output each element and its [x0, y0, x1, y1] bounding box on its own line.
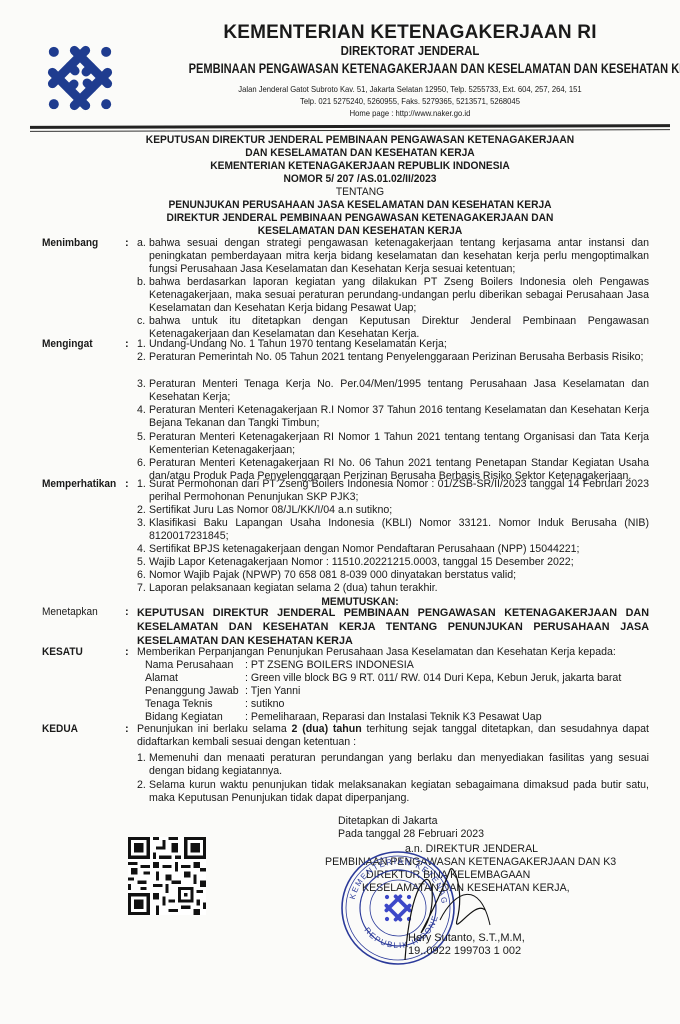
header-rule-thick: [30, 124, 670, 129]
memperhatikan-item: 1. Surat Permohonan dari PT Zseng Boiler…: [137, 478, 649, 506]
address-line-1: Jalan Jenderal Gatot Subroto Kav. 51, Ja…: [167, 84, 653, 94]
homepage-link[interactable]: Home page : http://www.naker.go.id: [167, 108, 653, 118]
item-text: bahwa sesuai dengan strategi pengawasan …: [149, 237, 649, 276]
item-number: 5.: [137, 431, 146, 444]
item-text: Sertifikat Juru Las Nomor 08/JL/KK/I/04 …: [149, 504, 649, 517]
menetapkan-colon: :: [125, 606, 129, 618]
item-number: 2.: [137, 351, 146, 364]
kedua-duration: 2 (dua) tahun: [292, 723, 362, 735]
item-text: Undang-Undang No. 1 Tahun 1970 tentang K…: [149, 338, 649, 351]
kedua-colon: :: [125, 723, 129, 735]
field-value-company: : PT ZSENG BOILERS INDONESIA: [245, 659, 414, 671]
memperhatikan-colon: :: [125, 478, 129, 490]
mengingat-colon: :: [125, 338, 129, 350]
item-text: Peraturan Menteri Ketenagakerjaan RI Nom…: [149, 431, 649, 457]
ministry-name: KEMENTERIAN KETENAGAKERJAAN RI: [140, 22, 680, 44]
kesatu-label: KESATU: [42, 646, 83, 658]
item-text: Peraturan Menteri Ketenagakerjaan R.I No…: [149, 404, 649, 430]
memperhatikan-item: 3. Klasifikasi Baku Lapangan Usaha Indon…: [137, 517, 649, 545]
kesatu-colon: :: [125, 646, 129, 658]
item-number: a.: [137, 237, 146, 250]
memperhatikan-label: Memperhatikan: [42, 478, 116, 490]
kesatu-intro: Memberikan Perpanjangan Penunjukan Perus…: [137, 646, 657, 659]
item-number: 5.: [137, 556, 146, 569]
directorate-name: DIREKTORAT JENDERAL: [172, 43, 647, 58]
item-number: 1.: [137, 752, 146, 765]
decree-tentang: TENTANG: [81, 186, 639, 198]
memperhatikan-item: 2. Sertifikat Juru Las Nomor 08/JL/KK/I/…: [137, 504, 649, 518]
decree-subject-3: KESELAMATAN DAN KESEHATAN KERJA: [81, 225, 639, 237]
item-text: Surat Permohonan dari PT Zseng Boilers I…: [149, 478, 649, 504]
decree-title-3: KEMENTERIAN KETENAGAKERJAAN REPUBLIK IND…: [81, 160, 639, 172]
item-text: Klasifikasi Baku Lapangan Usaha Indonesi…: [149, 517, 649, 543]
menimbang-label: Menimbang: [42, 237, 98, 249]
decree-number: NOMOR 5/ 207 /AS.01.02/II/2023: [81, 173, 639, 185]
item-number: b.: [137, 276, 146, 289]
address-line-2: Telp. 021 5275240, 5260955, Faks. 527936…: [167, 96, 653, 106]
item-number: 2.: [137, 779, 146, 792]
kedua-intro: Penunjukan ini berlaku selama 2 (dua) ta…: [137, 723, 649, 749]
item-text: Peraturan Menteri Tenaga Kerja No. Per.0…: [149, 378, 649, 404]
field-value-address: : Green ville block BG 9 RT. 011/ RW. 01…: [245, 672, 621, 684]
item-text: Memenuhi dan menaati peraturan perundang…: [149, 752, 649, 778]
header-rule-thin: [30, 129, 670, 132]
menetapkan-text: KEPUTUSAN DIREKTUR JENDERAL PEMBINAAN PE…: [137, 606, 649, 648]
signatory-name: Hery Sutanto, S.T.,M.M,: [408, 932, 525, 944]
item-number: 2.: [137, 504, 146, 517]
field-label-activity: Bidang Kegiatan: [145, 711, 223, 723]
item-number: 4.: [137, 404, 146, 417]
signatory-nip: 19..0922 199703 1 002: [408, 945, 521, 957]
kedua-label: KEDUA: [42, 723, 78, 735]
mengingat-item: 5. Peraturan Menteri Ketenagakerjaan RI …: [137, 431, 649, 459]
memperhatikan-item: 5. Wajib Lapor Ketenagakerjaan Nomor : 1…: [137, 556, 649, 570]
mengingat-item: 1. Undang-Undang No. 1 Tahun 1970 tentan…: [137, 338, 649, 352]
field-value-technician: : sutikno: [245, 698, 284, 710]
memperhatikan-item: 6. Nomor Wajib Pajak (NPWP) 70 658 081 8…: [137, 569, 649, 583]
field-value-activity: : Pemeliharaan, Reparasi dan Instalasi T…: [245, 711, 542, 723]
memperhatikan-item: 7. Laporan pelaksanaan kegiatan selama 2…: [137, 582, 649, 596]
item-number: 6.: [137, 457, 146, 470]
item-number: 6.: [137, 569, 146, 582]
kemnaker-logo-icon: [30, 28, 130, 128]
kedua-intro-pre: Penunjukan ini berlaku selama: [137, 723, 292, 735]
field-label-technician: Tenaga Teknis: [145, 698, 213, 710]
field-label-pic: Penanggung Jawab: [145, 685, 239, 697]
menetapkan-label: Menetapkan: [42, 606, 98, 618]
item-number: 1.: [137, 338, 146, 351]
field-label-address: Alamat: [145, 672, 178, 684]
item-number: 1.: [137, 478, 146, 491]
item-number: 3.: [137, 517, 146, 530]
mengingat-item: 2. Peraturan Pemerintah No. 05 Tahun 202…: [137, 351, 649, 379]
kedua-item: 2. Selama kurun waktu penunjukan tidak m…: [137, 779, 649, 807]
qr-code-icon[interactable]: [128, 837, 206, 915]
item-number: c.: [137, 315, 145, 328]
memperhatikan-item: 4. Sertifikat BPJS ketenagakerjaan denga…: [137, 543, 649, 557]
item-number: 4.: [137, 543, 146, 556]
mengingat-label: Mengingat: [42, 338, 93, 350]
decree-title-2: DAN KESELAMATAN DAN KESEHATAN KERJA: [81, 147, 639, 159]
decree-subject-1: PENUNJUKAN PERUSAHAAN JASA KESELAMATAN D…: [81, 199, 639, 211]
field-label-company: Nama Perusahaan: [145, 659, 233, 671]
signed-date: Pada tanggal 28 Februari 2023: [338, 828, 484, 840]
decree-subject-2: DIREKTUR JENDERAL PEMBINAAN PENGAWASAN K…: [81, 212, 639, 224]
item-text: Peraturan Pemerintah No. 05 Tahun 2021 t…: [149, 351, 649, 364]
menimbang-item: b. bahwa berdasarkan laporan kegiatan ya…: [137, 276, 649, 316]
menimbang-item: a. bahwa sesuai dengan strategi pengawas…: [137, 237, 649, 277]
item-number: 3.: [137, 378, 146, 391]
item-text: Nomor Wajib Pajak (NPWP) 70 658 081 8-03…: [149, 569, 649, 582]
item-text: Wajib Lapor Ketenagakerjaan Nomor : 1151…: [149, 556, 649, 569]
item-number: 7.: [137, 582, 146, 595]
menimbang-colon: :: [125, 237, 129, 249]
item-text: Sertifikat BPJS ketenagakerjaan dengan N…: [149, 543, 649, 556]
item-text: Selama kurun waktu penunjukan tidak mela…: [149, 779, 649, 805]
mengingat-item: 4. Peraturan Menteri Ketenagakerjaan R.I…: [137, 404, 649, 432]
decree-title-1: KEPUTUSAN DIREKTUR JENDERAL PEMBINAAN PE…: [81, 134, 639, 146]
division-name: PEMBINAAN PENGAWASAN KETENAGAKERJAAN DAN…: [189, 61, 632, 76]
item-text: bahwa berdasarkan laporan kegiatan yang …: [149, 276, 649, 315]
kedua-item: 1. Memenuhi dan menaati peraturan perund…: [137, 752, 649, 780]
field-value-pic: : Tjen Yanni: [245, 685, 300, 697]
item-text: Laporan pelaksanaan kegiatan selama 2 (d…: [149, 582, 649, 595]
signed-place: Ditetapkan di Jakarta: [338, 815, 438, 827]
mengingat-item: 3. Peraturan Menteri Tenaga Kerja No. Pe…: [137, 378, 649, 406]
